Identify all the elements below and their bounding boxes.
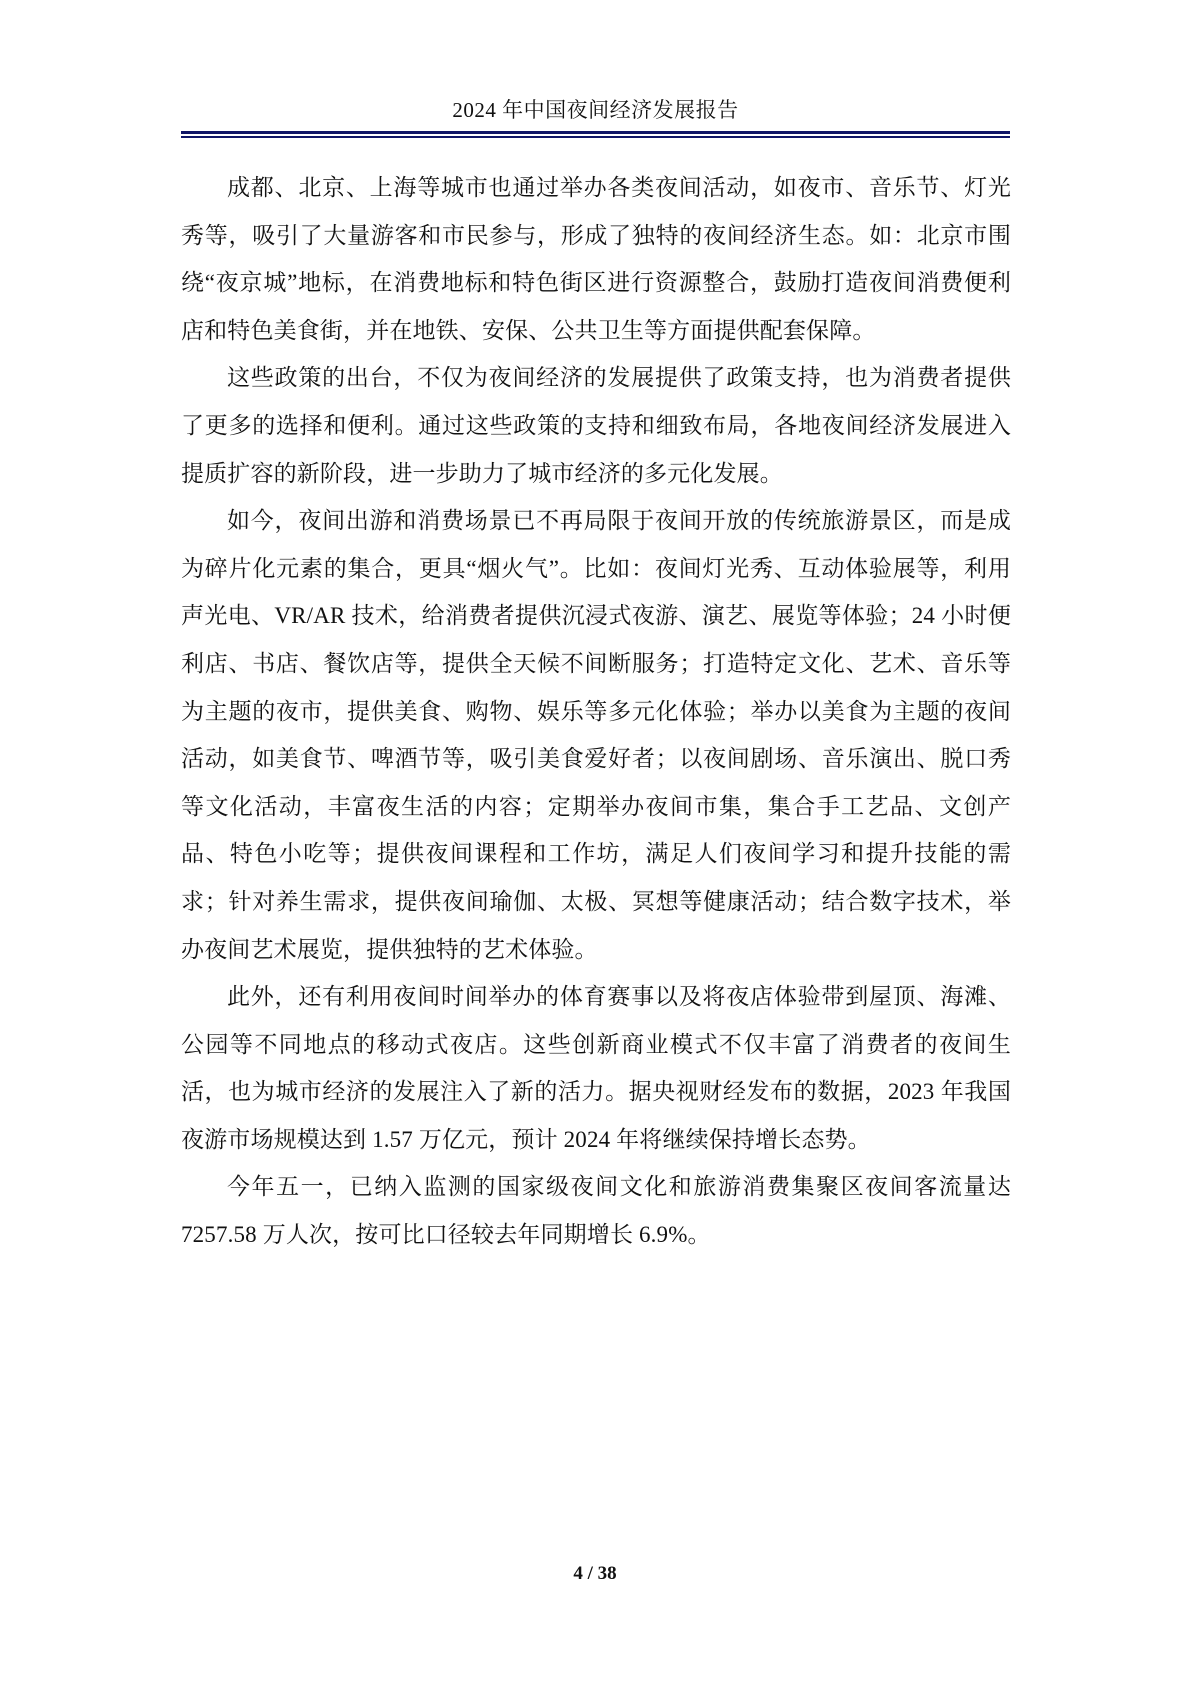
paragraph-innovative-models: 此外，还有利用夜间时间举办的体育赛事以及将夜店体验带到屋顶、海滩、公园等不同地点… bbox=[181, 973, 1011, 1163]
paragraph-consumption-scenes: 如今，夜间出游和消费场景已不再局限于夜间开放的传统旅游景区，而是成为碎片化元素的… bbox=[181, 497, 1011, 973]
header-rule-thick bbox=[181, 131, 1010, 134]
header-rule-thin bbox=[181, 136, 1010, 138]
paragraph-may-day-stats: 今年五一，已纳入监测的国家级夜间文化和旅游消费集聚区夜间客流量达 7257.58… bbox=[181, 1163, 1011, 1258]
body-content: 成都、北京、上海等城市也通过举办各类夜间活动，如夜市、音乐节、灯光秀等，吸引了大… bbox=[181, 164, 1011, 1259]
paragraph-policy-impact: 这些政策的出台，不仅为夜间经济的发展提供了政策支持，也为消费者提供了更多的选择和… bbox=[181, 354, 1011, 497]
paragraph-city-activities: 成都、北京、上海等城市也通过举办各类夜间活动，如夜市、音乐节、灯光秀等，吸引了大… bbox=[181, 164, 1011, 354]
page-number: 4 / 38 bbox=[0, 1563, 1190, 1585]
running-header-title: 2024 年中国夜间经济发展报告 bbox=[181, 96, 1010, 124]
